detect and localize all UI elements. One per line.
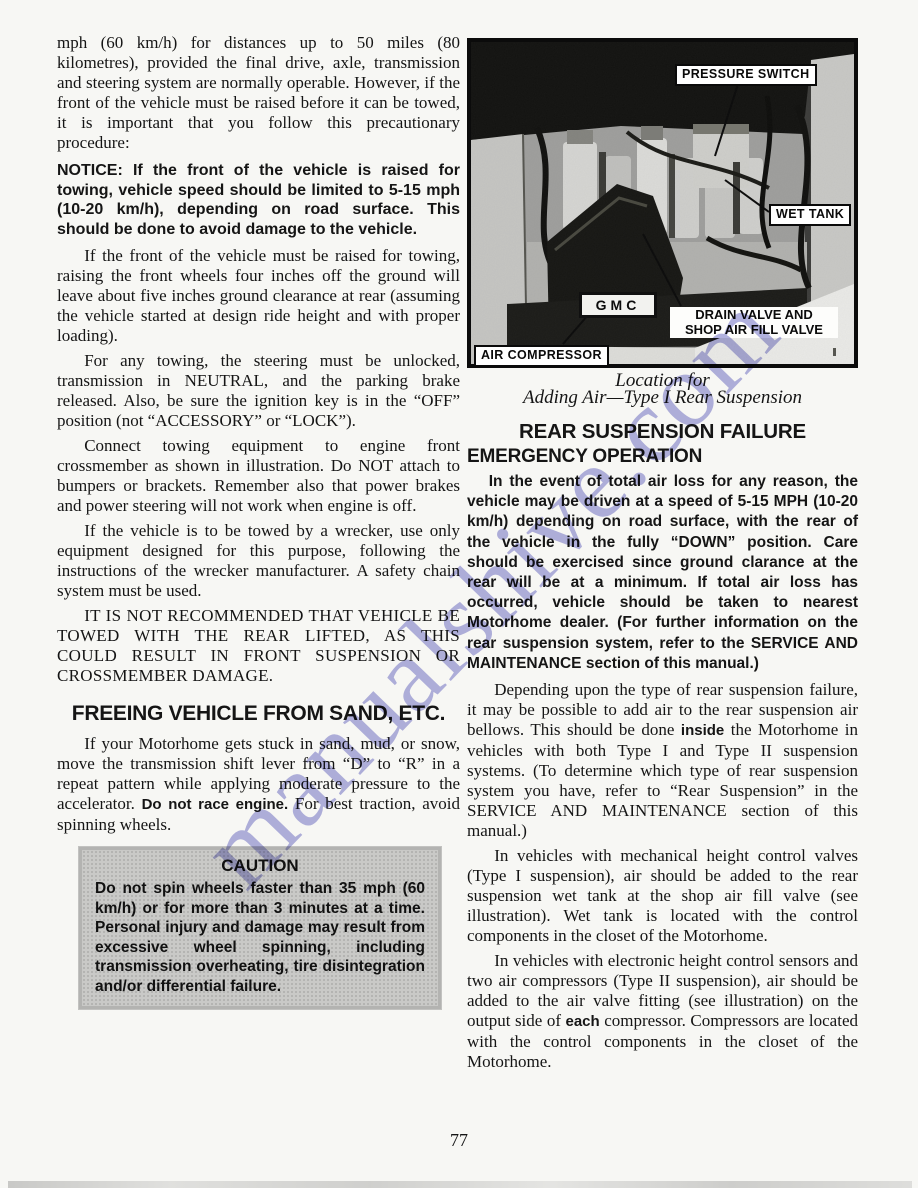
right-column: PRESSURE SWITCH WET TANK DRAIN VALVE AND… [467,38,858,1072]
heading-freeing-vehicle: FREEING VEHICLE FROM SAND, ETC. [57,702,460,726]
label-drain-valve-line1: DRAIN VALVE AND [672,308,836,323]
left-column: mph (60 km/h) for distances up to 50 mil… [57,33,460,1009]
paragraph-total-air-loss: In the event of total air loss for any r… [467,472,858,674]
notice-paragraph: NOTICE: If the front of the vehicle is r… [57,161,460,239]
air-compressor-photo: PRESSURE SWITCH WET TANK DRAIN VALVE AND… [467,38,858,368]
page-number: 77 [0,1130,918,1151]
caution-box: CAUTION Do not spin wheels faster than 3… [79,847,441,1009]
paragraph-wrecker: If the vehicle is to be towed by a wreck… [57,521,460,601]
paragraph-towing-continued: mph (60 km/h) for distances up to 50 mil… [57,33,460,153]
figure-caption-line2: Adding Air—Type I Rear Suspension [467,389,858,406]
paragraph-not-recommended: IT IS NOT RECOMMENDED THAT VEHICLE BE TO… [57,606,460,686]
paragraph-type2-sensors: In vehicles with electronic height contr… [467,951,858,1072]
each-bold: each [566,1013,600,1030]
label-air-compressor: AIR COMPRESSOR [474,345,609,367]
label-wet-tank: WET TANK [769,204,851,226]
paragraph-front-raised: If the front of the vehicle must be rais… [57,246,460,346]
caution-title: CAUTION [95,856,425,876]
label-drain-valve: DRAIN VALVE AND SHOP AIR FILL VALVE [670,307,838,338]
gmc-logo: GMC [579,292,657,318]
heading-emergency-operation: EMERGENCY OPERATION [467,446,858,468]
do-not-race-engine-bold: Do not race engine. [142,796,289,813]
label-pressure-switch: PRESSURE SWITCH [675,64,817,86]
scan-edge-artifact [8,1181,912,1188]
manual-page: manualshive.com mph (60 km/h) for distan… [0,0,918,1188]
inside-bold: inside [681,722,724,739]
paragraph-any-towing: For any towing, the steering must be unl… [57,351,460,431]
figure-caption: Location for Adding Air—Type I Rear Susp… [467,372,858,406]
heading-rear-suspension-failure: REAR SUSPENSION FAILURE [467,420,858,444]
paragraph-depending-failure: Depending upon the type of rear suspensi… [467,680,858,841]
paragraph-connect-equipment: Connect towing equipment to engine front… [57,436,460,516]
paragraph-type1-valves: In vehicles with mechanical height contr… [467,846,858,946]
caution-body: Do not spin wheels faster than 35 mph (6… [95,879,425,996]
paragraph-stuck-in-sand: If your Motorhome gets stuck in sand, mu… [57,734,460,835]
label-drain-valve-line2: SHOP AIR FILL VALVE [672,323,836,338]
